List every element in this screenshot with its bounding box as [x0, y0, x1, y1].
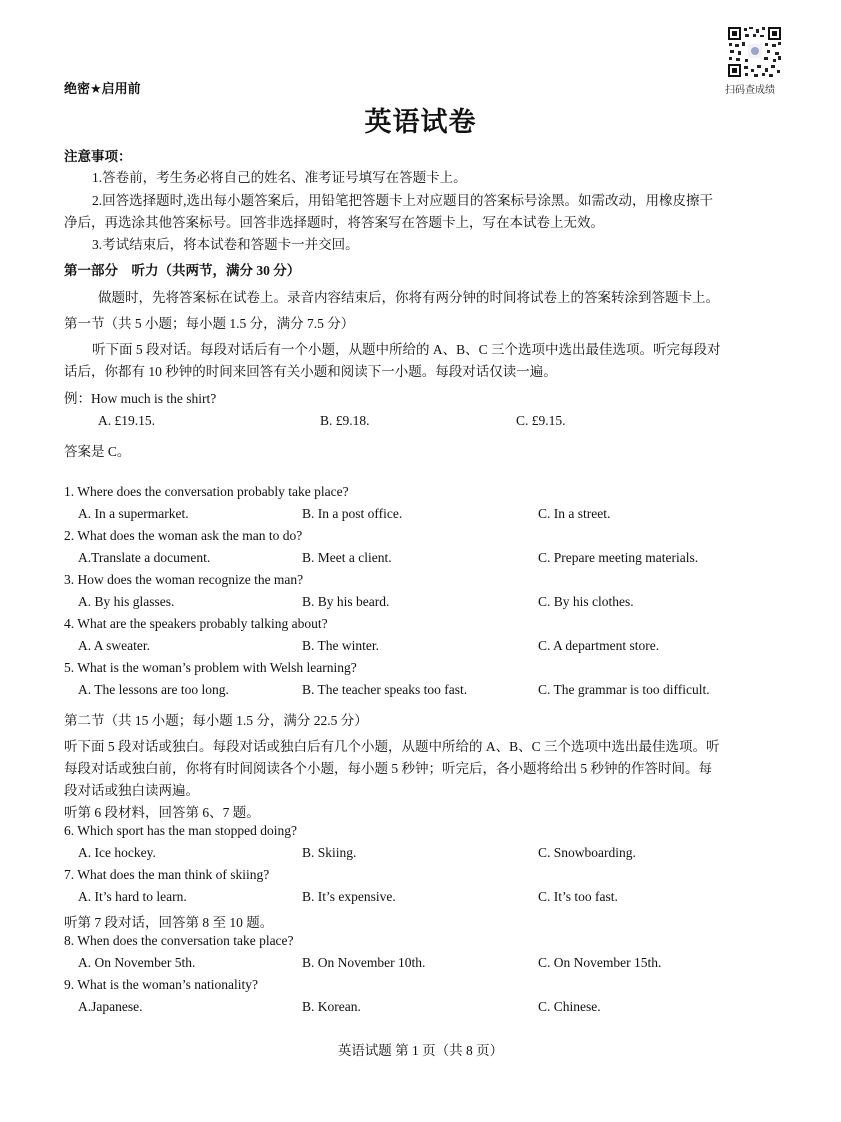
question-text: 2. What does the woman ask the man to do… — [64, 528, 302, 544]
option-c: C. Prepare meeting materials. — [538, 550, 698, 566]
option-a: A. In a supermarket. — [78, 506, 189, 522]
question-text: 3. How does the woman recognize the man? — [64, 572, 303, 588]
page-footer: 英语试题 第 1 页（共 8 页） — [0, 1039, 841, 1059]
option-b: B. In a post office. — [302, 506, 402, 522]
option-a: A. Ice hockey. — [78, 845, 156, 861]
option-c: C. The grammar is too difficult. — [538, 682, 710, 698]
option-a: A. By his glasses. — [78, 594, 174, 610]
question-text: 7. What does the man think of skiing? — [64, 867, 269, 883]
option-a: A.Japanese. — [78, 999, 142, 1015]
qr-label: 扫码查成绩 — [725, 81, 775, 96]
section2-instruction: 段对话或独白读两遍。 — [64, 779, 199, 799]
section1-instruction: 话后，你都有 10 秒钟的时间来回答有关小题和阅读下一小题。每段对话仅读一遍。 — [64, 360, 557, 380]
question-text: 1. Where does the conversation probably … — [64, 484, 349, 500]
option-a: A. A sweater. — [78, 638, 150, 654]
option-c: C. On November 15th. — [538, 955, 661, 971]
option-c: C. In a street. — [538, 506, 610, 522]
part1-heading: 第一部分 听力（共两节，满分 30 分） — [64, 259, 300, 279]
option-a: A.Translate a document. — [78, 550, 210, 566]
question-text: 9. What is the woman’s nationality? — [64, 977, 258, 993]
example-option-b: B. £9.18. — [320, 413, 370, 429]
option-c: C. By his clothes. — [538, 594, 634, 610]
option-a: A. On November 5th. — [78, 955, 195, 971]
confidential-label: 绝密★启用前 — [64, 78, 141, 97]
note-item: 净后，再选涂其他答案标号。回答非选择题时，将答案写在答题卡上，写在本试卷上无效。 — [64, 211, 604, 231]
option-c: C. Snowboarding. — [538, 845, 636, 861]
option-c: C. It’s too fast. — [538, 889, 618, 905]
example-answer: 答案是 C。 — [64, 440, 130, 460]
page-title: 英语试卷 — [0, 100, 841, 139]
option-c: C. A department store. — [538, 638, 659, 654]
option-a: A. The lessons are too long. — [78, 682, 229, 698]
material-7-label: 听第 7 段对话，回答第 8 至 10 题。 — [64, 911, 273, 931]
example-question: 例：How much is the shirt? — [64, 387, 216, 407]
note-item: 2.回答选择题时,选出每小题答案后，用铅笔把答题卡上对应题目的答案标号涂黑。如需… — [92, 189, 713, 209]
question-text: 8. When does the conversation take place… — [64, 933, 294, 949]
option-b: B. It’s expensive. — [302, 889, 396, 905]
section2-instruction: 听下面 5 段对话或独白。每段对话或独白后有几个小题，从题中所给的 A、B、C … — [64, 735, 720, 755]
option-b: B. The teacher speaks too fast. — [302, 682, 467, 698]
example-option-a: A. £19.15. — [98, 413, 155, 429]
option-b: B. The winter. — [302, 638, 379, 654]
material-6-label: 听第 6 段材料，回答第 6、7 题。 — [64, 801, 260, 821]
qr-code-icon — [727, 26, 782, 78]
option-b: B. On November 10th. — [302, 955, 425, 971]
section2-heading: 第二节（共 15 小题；每小题 1.5 分，满分 22.5 分） — [64, 709, 368, 729]
question-text: 4. What are the speakers probably talkin… — [64, 616, 328, 632]
example-option-c: C. £9.15. — [516, 413, 566, 429]
section1-instruction: 听下面 5 段对话。每段对话后有一个小题，从题中所给的 A、B、C 三个选项中选… — [92, 338, 721, 358]
question-text: 6. Which sport has the man stopped doing… — [64, 823, 297, 839]
section1-heading: 第一节（共 5 小题；每小题 1.5 分，满分 7.5 分） — [64, 312, 354, 332]
qr-code — [727, 26, 782, 78]
option-c: C. Chinese. — [538, 999, 601, 1015]
option-b: B. Skiing. — [302, 845, 356, 861]
option-b: B. By his beard. — [302, 594, 389, 610]
note-item: 3.考试结束后，将本试卷和答题卡一并交回。 — [92, 233, 359, 253]
question-text: 5. What is the woman’s problem with Wels… — [64, 660, 357, 676]
part1-instruction: 做题时，先将答案标在试卷上。录音内容结束后，你将有两分钟的时间将试卷上的答案转涂… — [98, 286, 719, 306]
notes-heading: 注意事项： — [64, 145, 132, 165]
section2-instruction: 每段对话或独白前，你将有时间阅读各个小题，每小题 5 秒钟；听完后，各小题将给出… — [64, 757, 712, 777]
option-a: A. It’s hard to learn. — [78, 889, 187, 905]
option-b: B. Meet a client. — [302, 550, 392, 566]
note-item: 1.答卷前，考生务必将自己的姓名、准考证号填写在答题卡上。 — [92, 166, 467, 186]
option-b: B. Korean. — [302, 999, 361, 1015]
